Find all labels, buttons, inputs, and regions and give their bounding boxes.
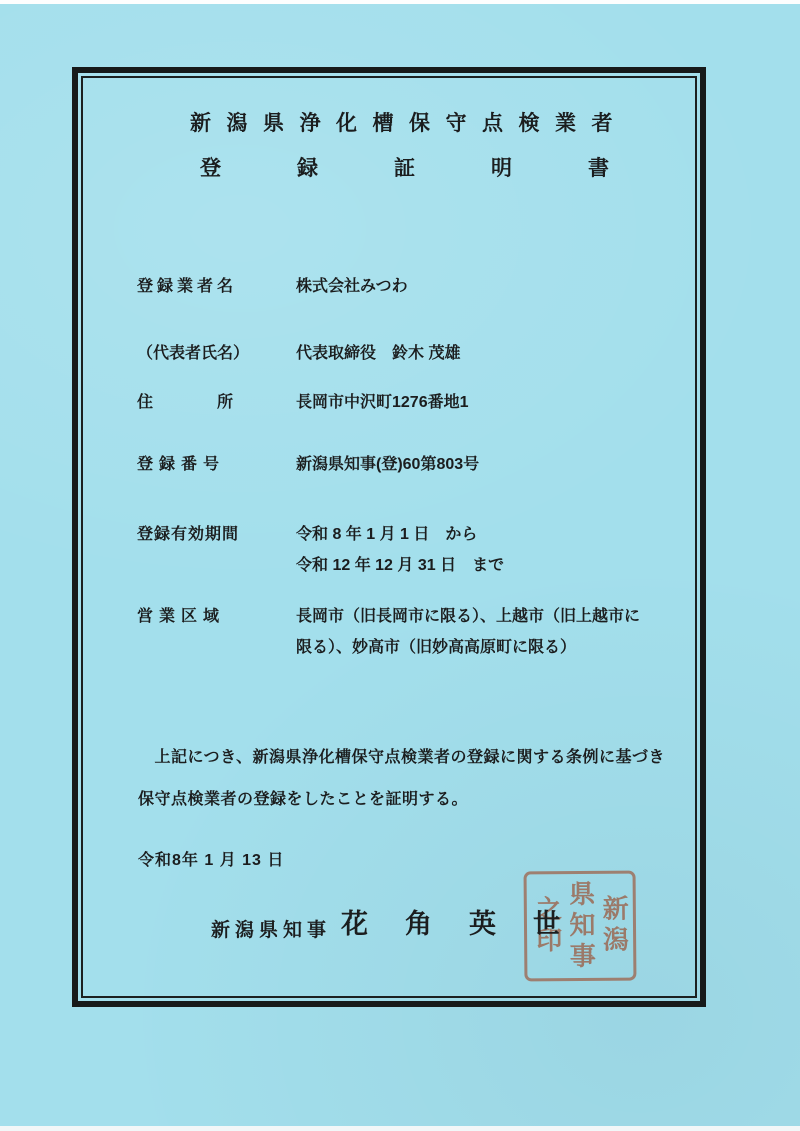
field-value-business-area-line2: 限る）、妙高市（旧妙高高原町に限る） — [296, 639, 576, 657]
field-value-representative: 代表取締役 鈴木 茂雄 — [296, 345, 460, 363]
field-label-registrant-name: 登録業者名 — [137, 278, 237, 296]
field-value-validity-from: 令和 8 年 1 月 1 日 から — [296, 526, 477, 544]
certificate-title-line2: 登録証明書 — [200, 157, 685, 181]
certification-statement-line2: 保守点検業者の登録をしたことを証明する。 — [138, 791, 468, 809]
field-value-validity-to: 令和 12 年 12 月 31 日 まで — [296, 557, 504, 575]
seal-text-column-1: 新潟 — [600, 895, 627, 957]
scanned-certificate-page: 新潟県浄化槽保守点検業者 登録証明書 登録業者名 株式会社みつわ （代表者氏名）… — [0, 0, 800, 1131]
field-label-business-area: 営業区域 — [137, 608, 225, 626]
field-label-registration-number: 登録番号 — [137, 456, 225, 474]
governor-name: 花角英世 — [341, 909, 597, 940]
field-label-address: 住 所 — [137, 394, 233, 412]
governor-title: 新潟県知事 — [211, 920, 331, 942]
field-value-registrant-name: 株式会社みつわ — [296, 278, 408, 296]
field-label-representative: （代表者氏名） — [137, 345, 249, 363]
scan-edge-top — [0, 0, 800, 4]
field-value-business-area-line1: 長岡市（旧長岡市に限る）、上越市（旧上越市に — [296, 608, 640, 626]
issue-date: 令和8年 1 月 13 日 — [138, 852, 284, 870]
scan-edge-bottom — [0, 1126, 800, 1131]
certification-statement-line1: 上記につき、新潟県浄化槽保守点検業者の登録に関する条例に基づき — [138, 749, 665, 767]
certificate-title-line1: 新潟県浄化槽保守点検業者 — [190, 112, 628, 136]
field-value-registration-number: 新潟県知事(登)60第803号 — [296, 456, 479, 474]
field-label-validity-period: 登録有効期間 — [137, 526, 239, 544]
field-value-address: 長岡市中沢町1276番地1 — [296, 394, 469, 412]
